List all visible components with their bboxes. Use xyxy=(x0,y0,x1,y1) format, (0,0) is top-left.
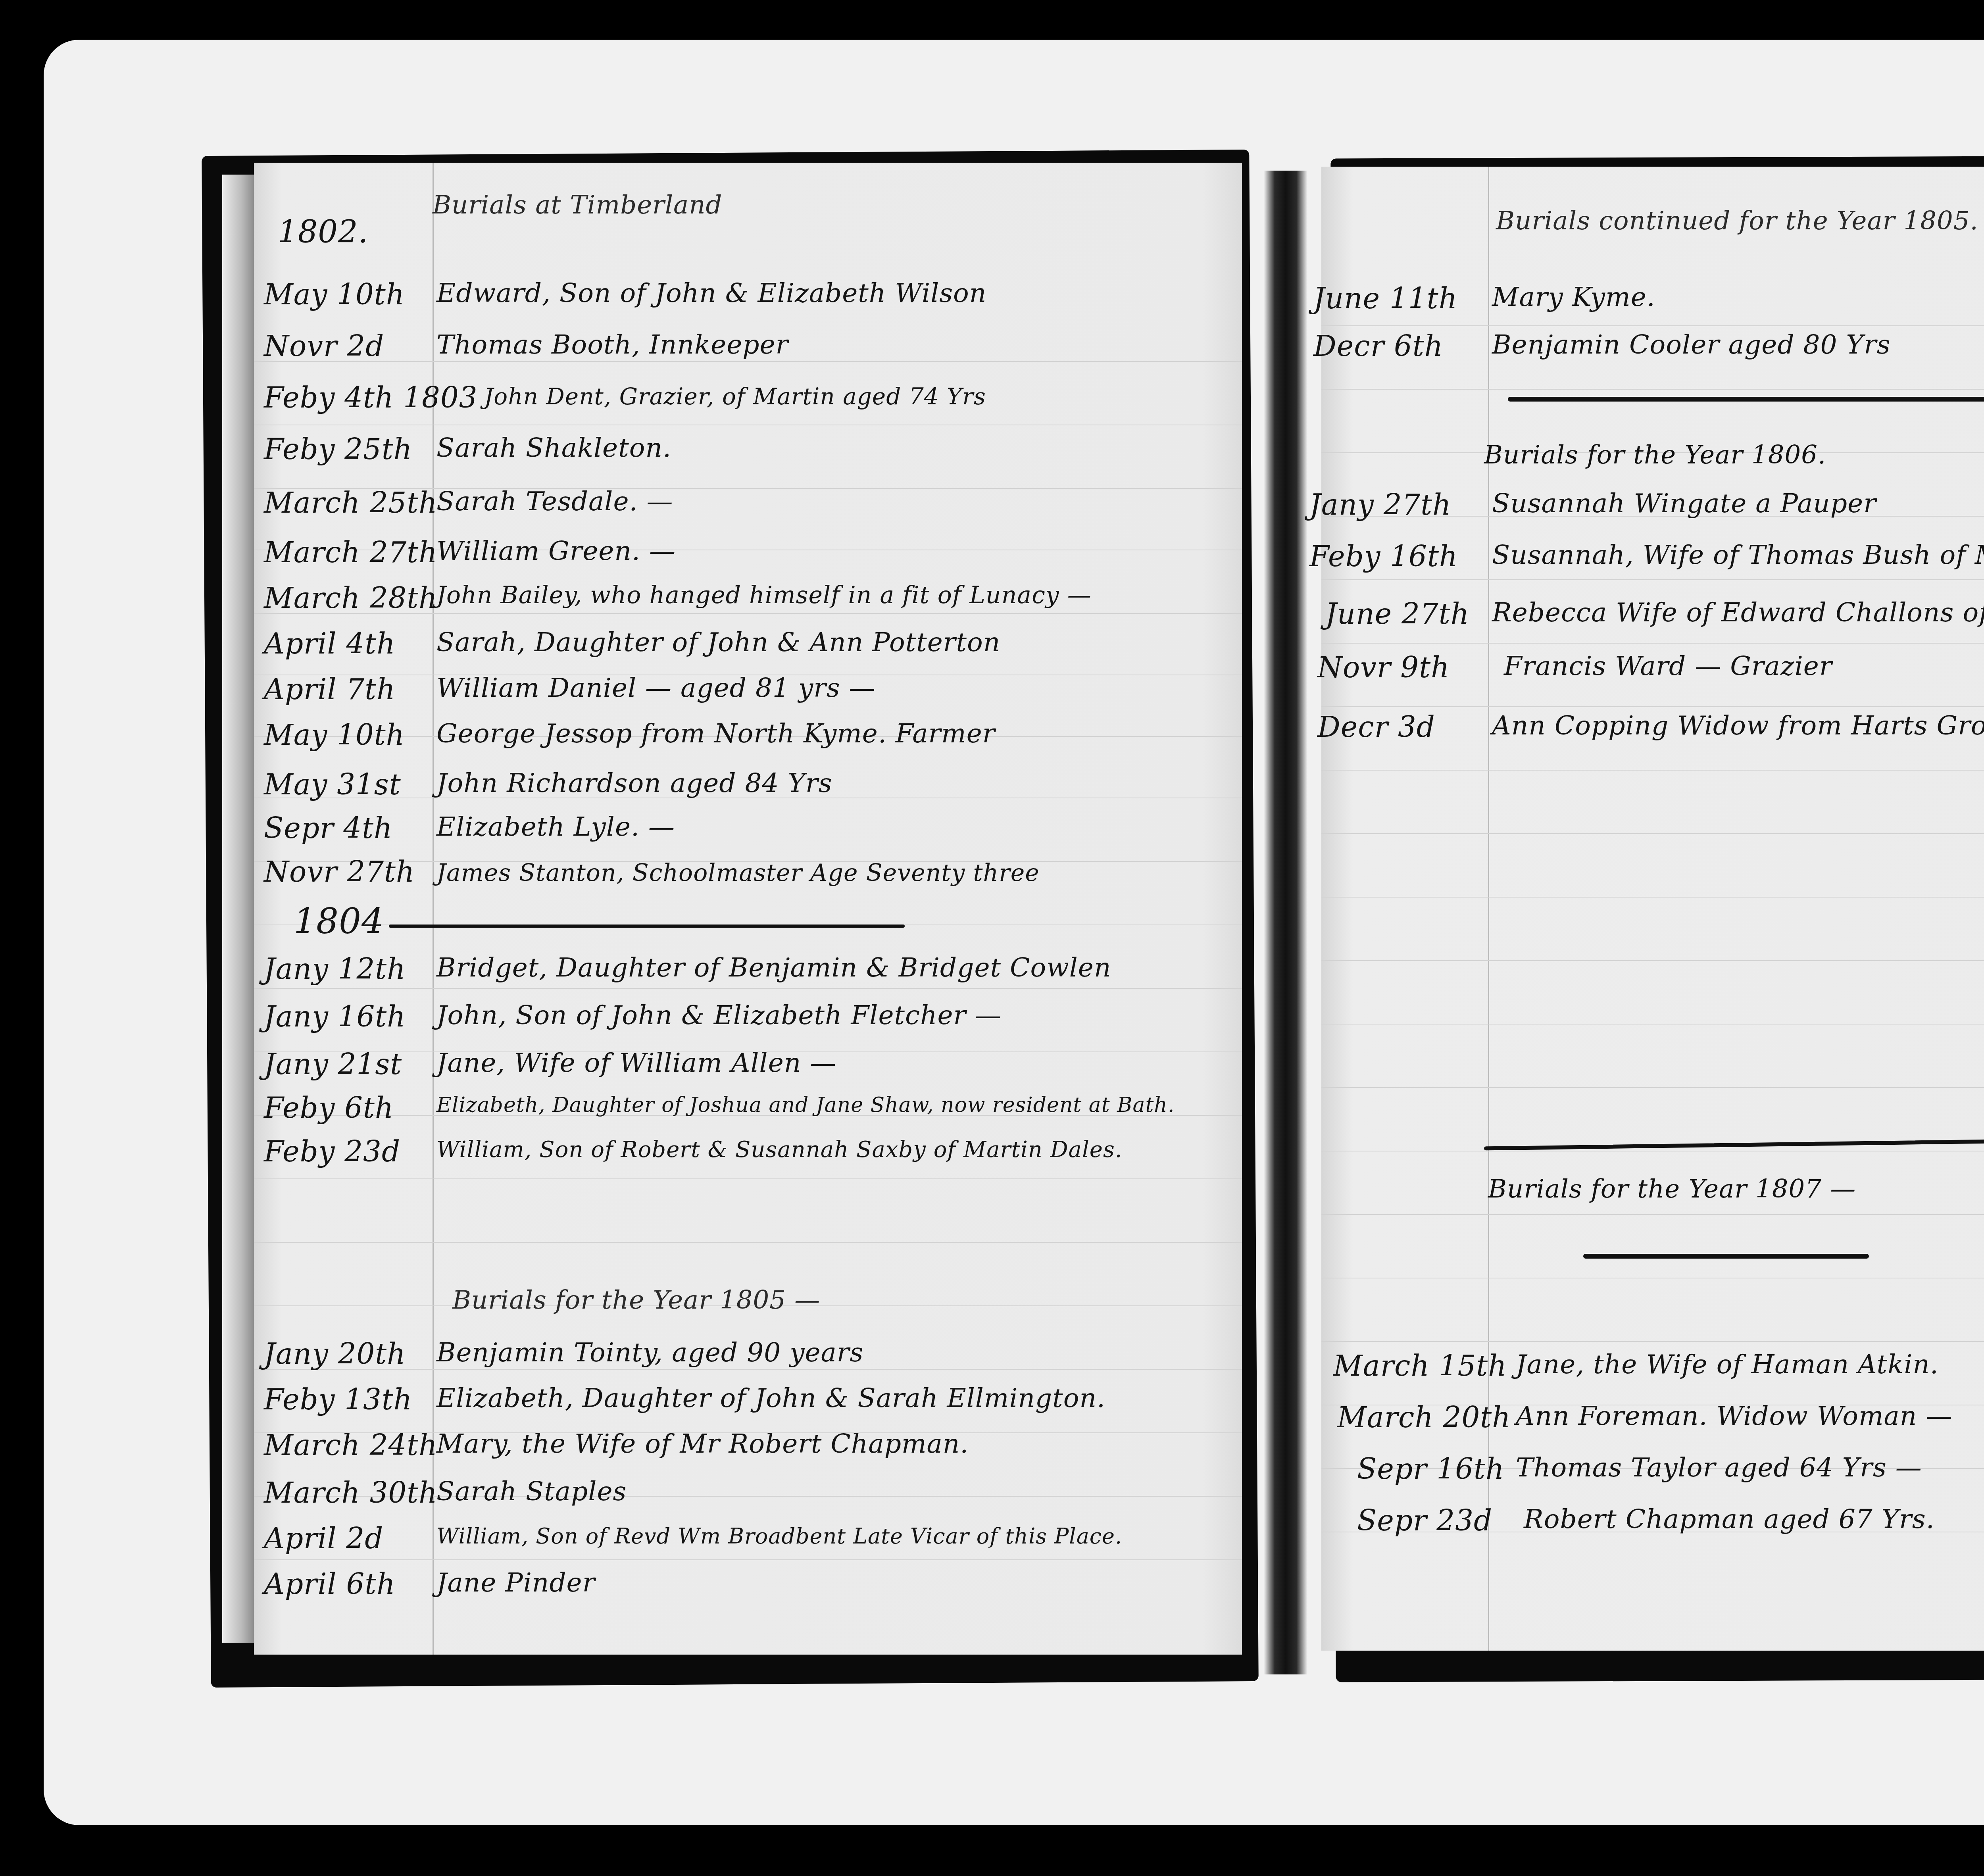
entry-text: Elizabeth, Daughter of Joshua and Jane S… xyxy=(436,1093,1175,1117)
entry-date: May 10th xyxy=(264,278,405,311)
year-marker-1802: 1802. xyxy=(278,214,368,250)
entry-text: John, Son of John & Elizabeth Fletcher — xyxy=(436,1000,1002,1030)
ruled-line xyxy=(254,1242,1242,1243)
entry-date: Sepr 4th xyxy=(264,811,392,845)
entry-date: March 30th xyxy=(264,1476,438,1509)
ruled-line xyxy=(1321,706,1984,707)
ruled-line xyxy=(1321,389,1984,390)
entry-text: William Daniel — aged 81 yrs — xyxy=(436,673,876,703)
entry-text: Thomas Taylor aged 64 Yrs — xyxy=(1516,1452,1922,1483)
entry-text: Sarah Staples xyxy=(436,1476,627,1507)
entry-text: Mary Kyme. xyxy=(1492,282,1655,312)
entry-text: Mary, the Wife of Mr Robert Chapman. xyxy=(436,1428,969,1459)
entry-text: Jane, the Wife of Haman Atkin. xyxy=(1516,1349,1939,1380)
entry-date: March 15th xyxy=(1333,1349,1507,1382)
entry-date: May 10th xyxy=(264,718,405,752)
entry-text: Benjamin Tointy, aged 90 years xyxy=(436,1337,863,1368)
entry-date: Novr 9th xyxy=(1317,651,1450,684)
entry-text: William, Son of Robert & Susannah Saxby … xyxy=(436,1137,1123,1163)
entry-date: Decr 3d xyxy=(1317,710,1435,744)
entry-text: Jane Pinder xyxy=(436,1567,595,1598)
entry-text: William Green. — xyxy=(436,536,676,566)
entry-date: Novr 27th xyxy=(264,855,415,888)
entry-text: Bridget, Daughter of Benjamin & Bridget … xyxy=(436,952,1111,983)
entry-text: Sarah Tesdale. — xyxy=(436,486,673,517)
entry-date: Jany 21st xyxy=(264,1048,402,1081)
entry-date: Feby 13th xyxy=(264,1383,412,1416)
entry-text: Edward, Son of John & Elizabeth Wilson xyxy=(436,278,986,308)
section-divider xyxy=(1508,397,1984,402)
entry-text: George Jessop from North Kyme. Farmer xyxy=(436,718,995,749)
entry-date: Sepr 16th xyxy=(1357,1452,1504,1486)
entry-date: April 7th xyxy=(264,673,396,706)
entry-date: Jany 16th xyxy=(264,1000,406,1033)
entry-date: March 24th xyxy=(264,1428,438,1462)
entry-text: John Richardson aged 84 Yrs xyxy=(436,768,832,798)
entry-text: John Dent, Grazier, of Martin aged 74 Yr… xyxy=(484,383,986,410)
entry-date: Feby 25th xyxy=(264,432,412,466)
ruled-line xyxy=(1321,1151,1984,1151)
left-page-edge xyxy=(222,175,254,1643)
entry-date: March 28th xyxy=(264,581,438,615)
ruled-line xyxy=(1321,1214,1984,1215)
section-heading-1805: Burials for the Year 1805 — xyxy=(452,1286,820,1315)
entry-date: Novr 2d xyxy=(264,329,384,363)
entry-date: March 20th xyxy=(1337,1401,1511,1434)
entry-text: William, Son of Revd Wm Broadbent Late V… xyxy=(436,1524,1122,1549)
entry-text: Susannah, Wife of Thomas Bush of Martin … xyxy=(1492,540,1984,570)
ruled-line xyxy=(1321,897,1984,898)
book-gutter xyxy=(1264,171,1307,1674)
entry-text: Sarah Shakleton. xyxy=(436,432,671,463)
ruled-line xyxy=(1321,1341,1984,1342)
ruled-line xyxy=(254,425,1242,425)
ruled-line xyxy=(1321,1024,1984,1024)
ruled-line xyxy=(1321,770,1984,771)
entry-date: Feby 23d xyxy=(264,1135,400,1168)
ruled-line xyxy=(254,988,1242,989)
entry-date: June 11th xyxy=(1313,282,1457,315)
year-marker-1804: 1804 xyxy=(294,901,384,942)
ruled-line xyxy=(1321,1087,1984,1088)
entry-date: Feby 6th xyxy=(264,1091,394,1124)
entry-text: Elizabeth, Daughter of John & Sarah Ellm… xyxy=(436,1383,1105,1413)
entry-text: Thomas Booth, Innkeeper xyxy=(436,329,788,360)
ruled-line xyxy=(254,361,1242,362)
entry-date: Jany 27th xyxy=(1309,488,1451,521)
entry-date: May 31st xyxy=(264,768,401,801)
entry-text: Rebecca Wife of Edward Challons of Marti… xyxy=(1492,597,1984,628)
entry-date: April 2d xyxy=(264,1522,383,1555)
entry-date: Jany 12th xyxy=(264,952,406,986)
ruled-line xyxy=(254,1178,1242,1179)
ruled-line xyxy=(1321,1278,1984,1278)
entry-date: Decr 6th xyxy=(1313,329,1443,363)
heading-underline xyxy=(1583,1254,1869,1259)
left-page-heading: Burials at Timberland xyxy=(433,190,722,220)
entry-date: June 27th xyxy=(1325,597,1469,630)
entry-text: James Stanton, Schoolmaster Age Seventy … xyxy=(436,859,1040,887)
ruled-line xyxy=(1321,325,1984,326)
entry-date: Sepr 23d xyxy=(1357,1504,1492,1537)
ruled-line xyxy=(1321,833,1984,834)
section-heading-1805-cont: Burials continued for the Year 1805. xyxy=(1496,206,1978,236)
flourish-divider xyxy=(389,925,905,928)
entry-text: Benjamin Cooler aged 80 Yrs xyxy=(1492,329,1891,360)
entry-text: John Bailey, who hanged himself in a fit… xyxy=(436,581,1092,609)
entry-date: March 27th xyxy=(264,536,438,569)
ruled-line xyxy=(1321,579,1984,580)
ruled-line xyxy=(254,1559,1242,1560)
entry-date: Jany 20th xyxy=(264,1337,406,1370)
ruled-line xyxy=(1321,643,1984,644)
entry-date: April 4th xyxy=(264,627,396,660)
entry-text: Francis Ward — Grazier xyxy=(1504,651,1832,681)
entry-text: Robert Chapman aged 67 Yrs. xyxy=(1524,1504,1935,1534)
entry-date: March 25th xyxy=(264,486,438,519)
entry-text: Susannah Wingate a Pauper xyxy=(1492,488,1876,519)
entry-date: Feby 16th xyxy=(1309,540,1458,573)
entry-date: April 6th xyxy=(264,1567,396,1601)
section-heading-1806: Burials for the Year 1806. xyxy=(1484,440,1826,470)
ruled-line xyxy=(1321,960,1984,961)
entry-date: Feby 4th 1803 xyxy=(264,381,478,414)
section-heading-1807: Burials for the Year 1807 — xyxy=(1488,1174,1856,1204)
entry-text: Elizabeth Lyle. — xyxy=(436,811,675,842)
entry-text: Ann Foreman. Widow Woman — xyxy=(1516,1401,1952,1431)
entry-text: Ann Copping Widow from Harts Grounds. xyxy=(1492,710,1984,741)
entry-text: Sarah, Daughter of John & Ann Potterton xyxy=(436,627,1000,657)
entry-text: Jane, Wife of William Allen — xyxy=(436,1048,836,1078)
